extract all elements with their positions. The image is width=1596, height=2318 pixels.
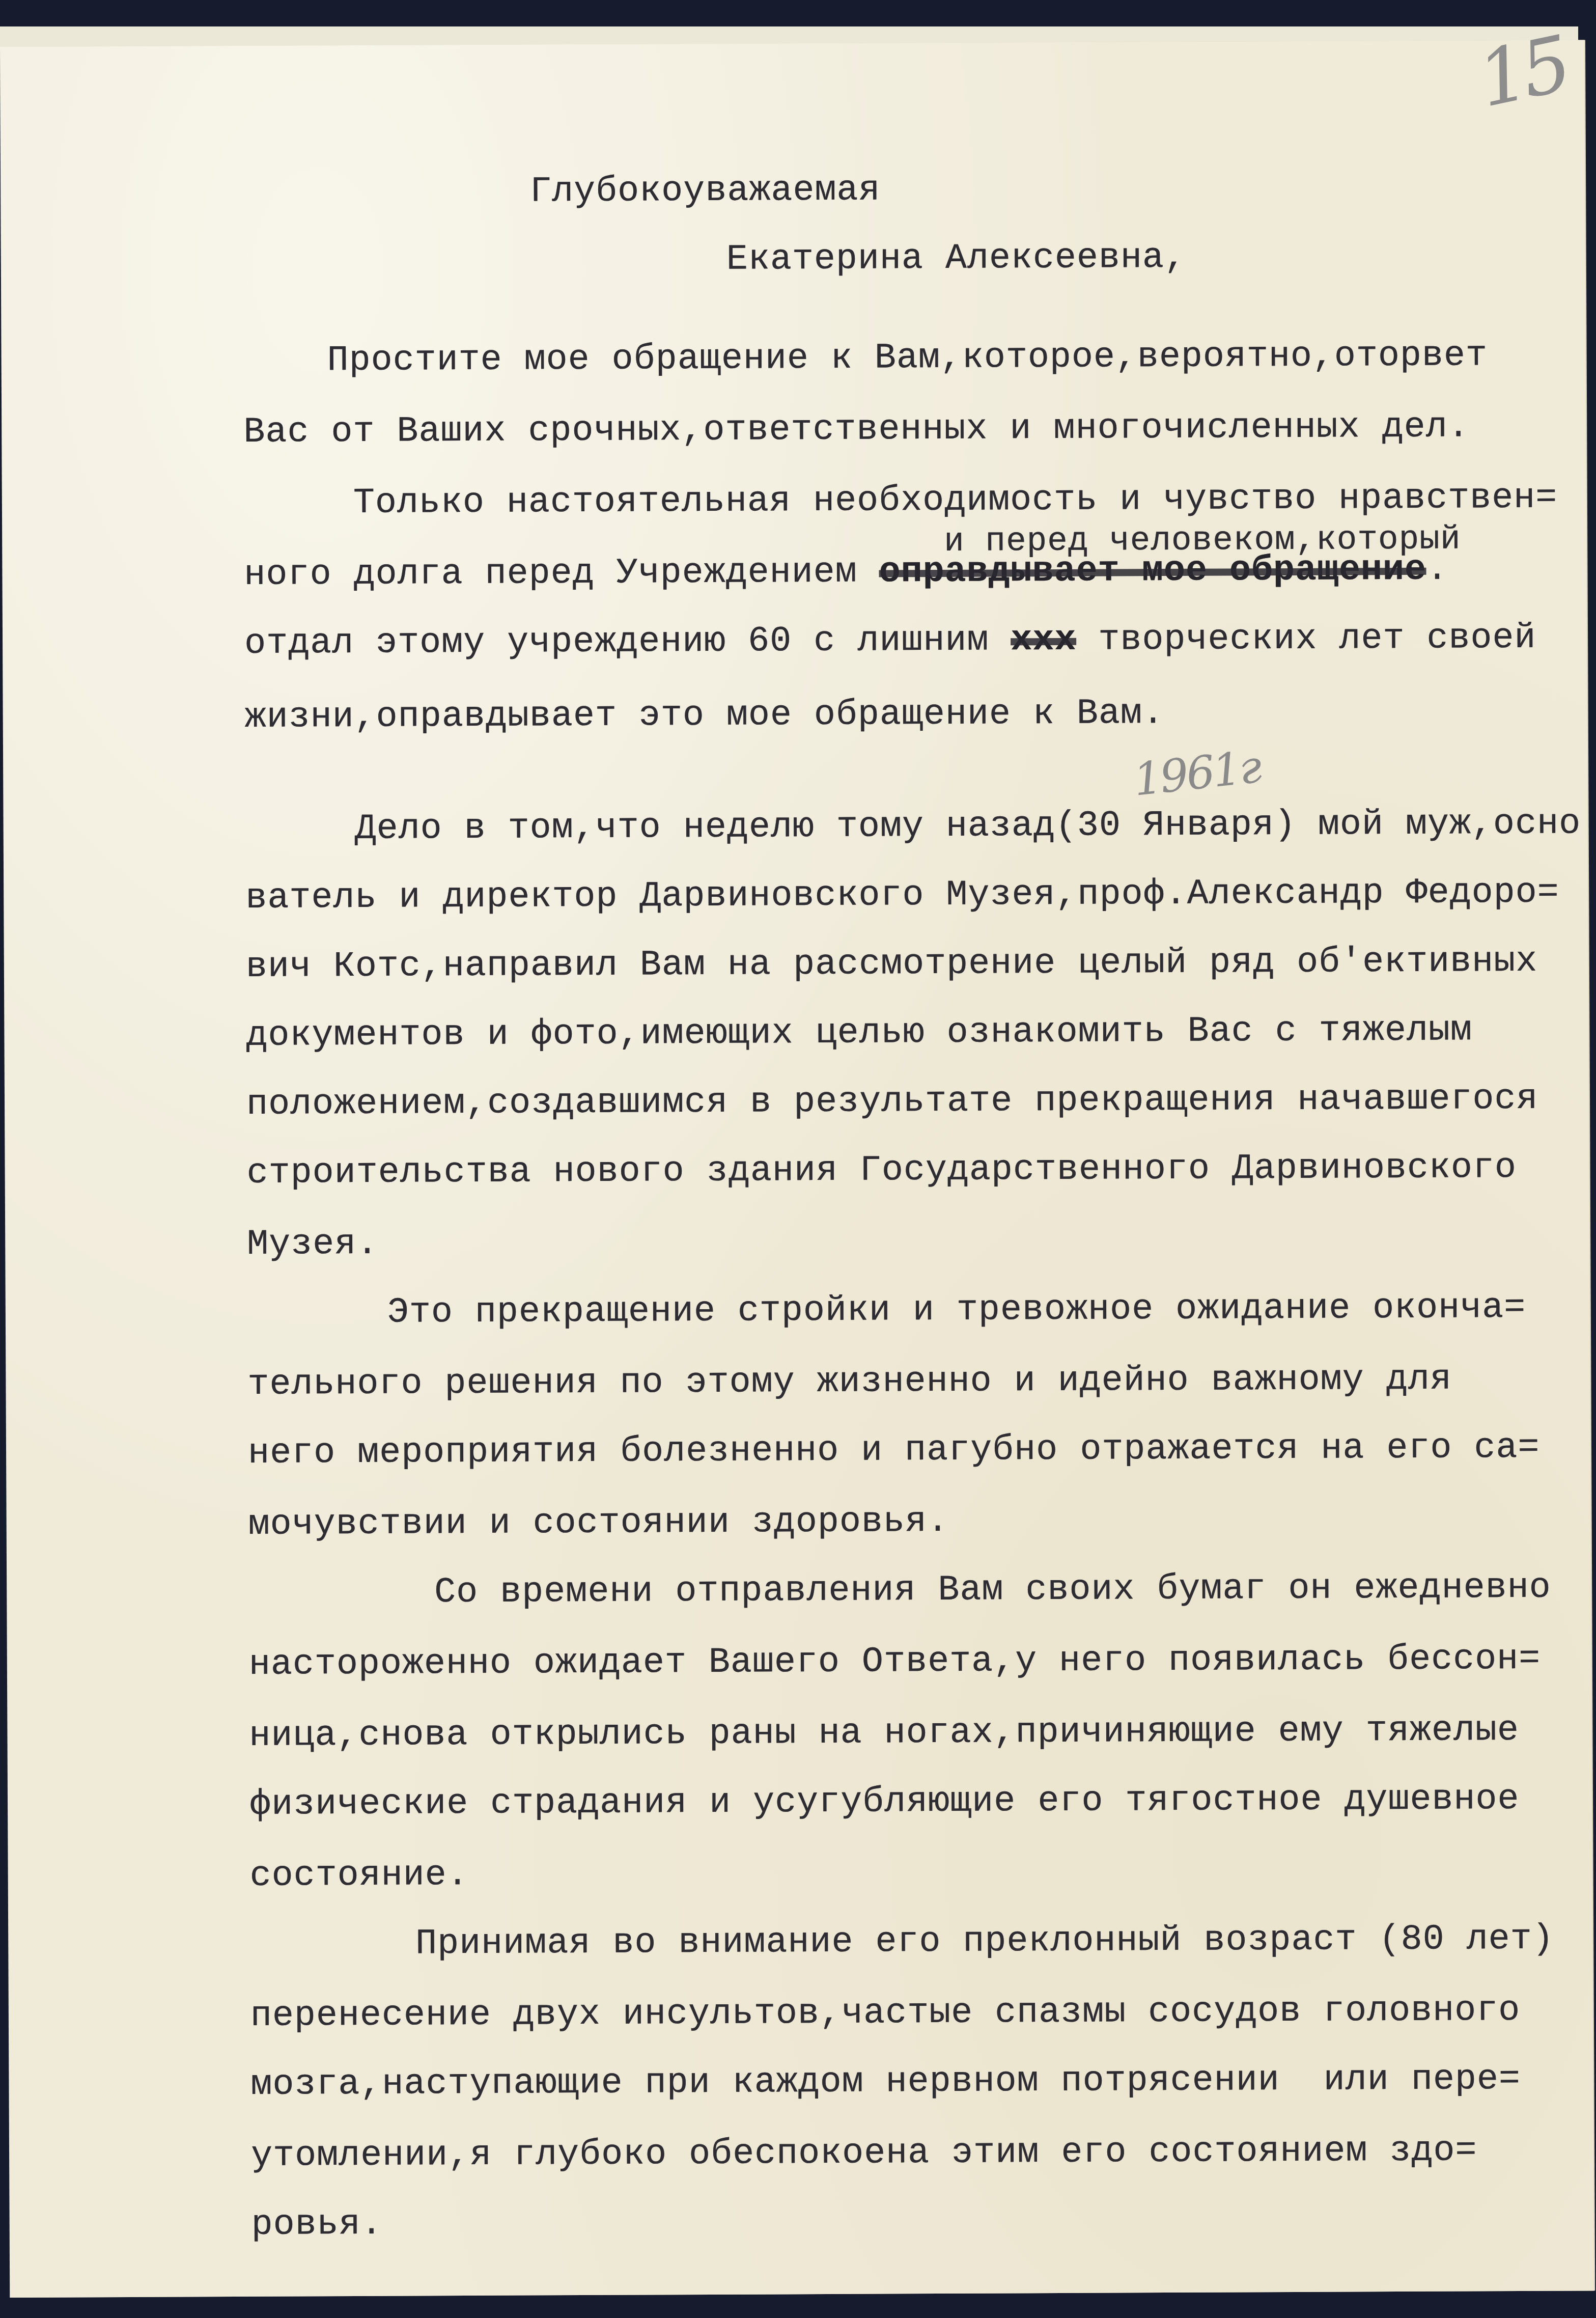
text-line: перенесение двух инсультов,частые спазмы… [250,1993,1521,2034]
struck-out-text: ххх [1011,620,1076,661]
letter-page: Глубокоуважаемая Екатерина Алексеевна, П… [0,40,1594,2298]
handwritten-year-annotation: 1961г [1131,740,1262,806]
text-line: строительства нового здания Государствен… [247,1150,1517,1192]
struck-out-text: оправдывает мое обращение [879,550,1427,593]
text-line: документов и фото,имеющих целью ознакоми… [246,1013,1472,1054]
text-line: жизни,оправдывает это мое обращение к Ва… [245,696,1165,736]
text-line: вич Котс,направил Вам на рассмотрение це… [246,944,1538,985]
salutation-line-2: Екатерина Алексеевна, [726,240,1186,278]
text-line: утомлении,я глубоко обеспокоена этим его… [251,2133,1477,2174]
text-line: настороженно ожидает Вашего Ответа,у нег… [249,1642,1541,1683]
text-line: Только настоятельная необходимость и чув… [353,481,1558,521]
salutation-line-1: Глубокоуважаемая [530,173,880,210]
text-line: Дело в том,что неделю тому назад(30 Янва… [355,806,1581,847]
text-line: Со времени отправления Вам своих бумаг о… [434,1570,1551,1611]
text-line: физические страдания и усугубляющие его … [249,1782,1520,1823]
text-line: мозга,наступающие при каждом нервном пот… [250,2062,1521,2103]
text-line: положением,создавшимся в результате прек… [246,1082,1538,1123]
text-segment: ного долга перед Учреждением [244,552,879,595]
text-segment: творческих лет своей [1076,618,1536,660]
text-segment: . [1426,550,1448,590]
text-line: Простите мое обращение к Вам,которое,вер… [327,338,1488,379]
text-line: ватель и директор Дарвиновского Музея,пр… [245,875,1559,917]
text-line: мочувствии и состоянии здоровья. [248,1504,949,1543]
text-line: тельного решения по этому жизненно и иде… [247,1362,1452,1403]
text-line: ровья. [251,2207,383,2243]
text-line-with-strikeout: отдал этому учреждению 60 с лишним ххх т… [244,621,1536,662]
text-line: Вас от Ваших срочных,ответственных и мно… [243,409,1470,451]
text-line: него мероприятия болезненно и пагубно от… [248,1430,1540,1472]
text-line: ница,снова открылись раны на ногах,причи… [249,1713,1519,1754]
text-line: Принимая во внимание его преклонный возр… [415,1922,1554,1963]
text-segment: отдал этому учреждению 60 с лишним [244,620,1011,664]
text-line: Это прекращение стройки и тревожное ожид… [387,1290,1526,1331]
text-line: Музея. [247,1227,378,1263]
handwritten-page-number: 15 [1471,20,1574,125]
text-line: состояние. [250,1858,469,1894]
text-line-with-strikeout: ного долга перед Учреждением оправдывает… [244,553,1448,593]
